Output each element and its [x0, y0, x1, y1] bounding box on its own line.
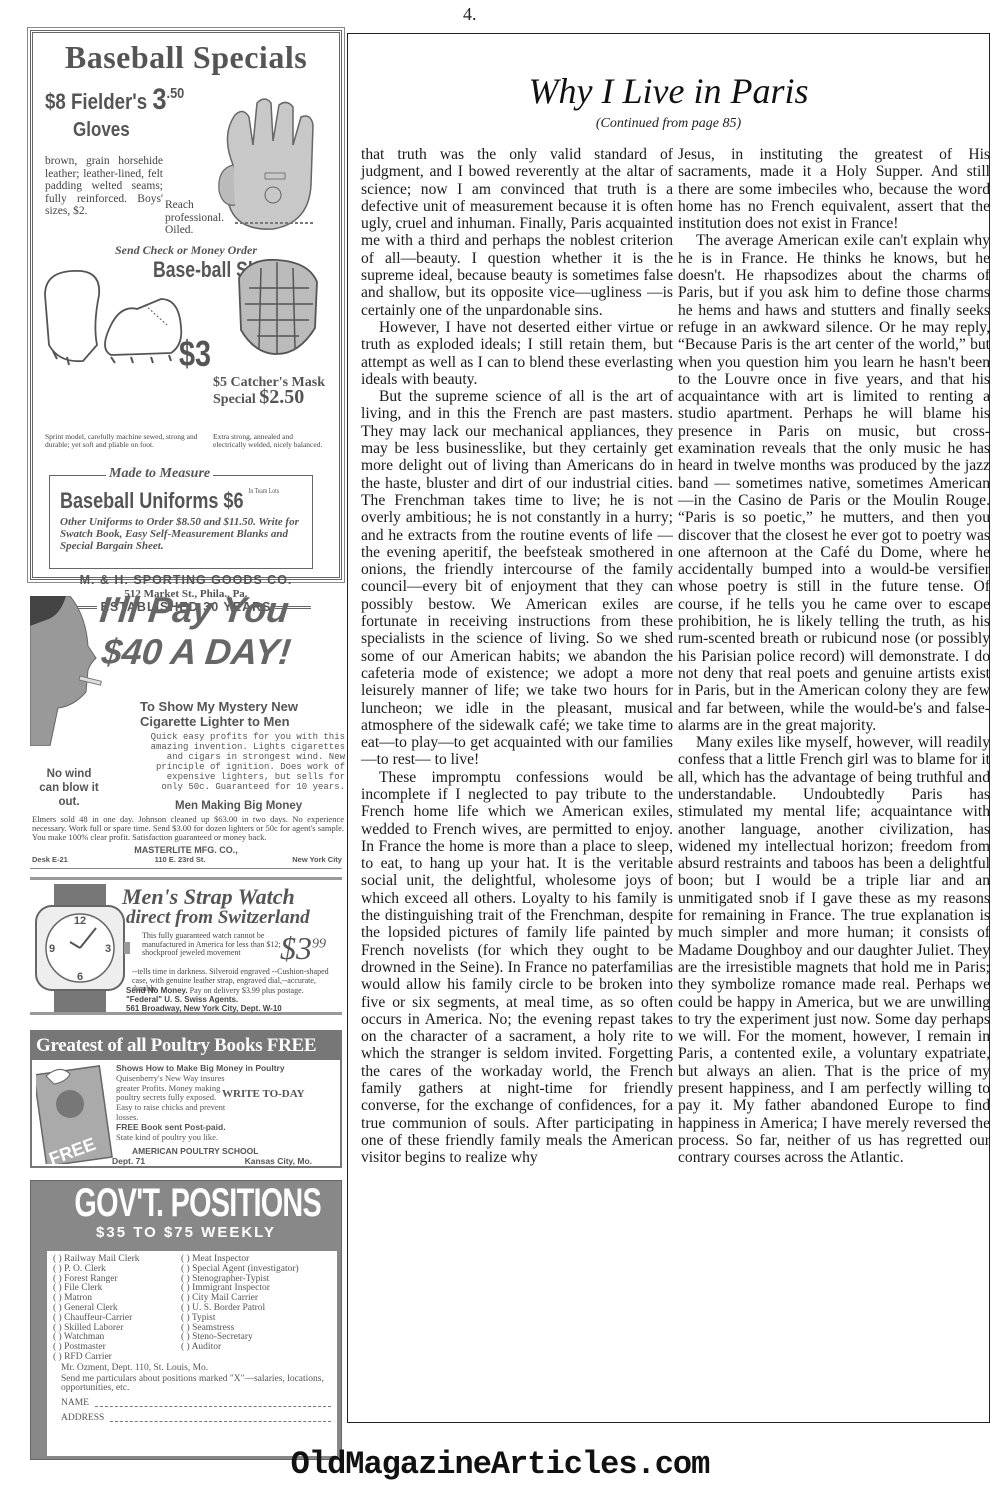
poultry-headline: Shows How to Make Big Money in Poultry — [116, 1063, 285, 1073]
watch-agents: "Federal" U. S. Swiss Agents. — [126, 995, 238, 1004]
no-wind-note: No wind can blow it out. — [36, 767, 102, 809]
position-checkbox[interactable]: ( ) RFD Carrier — [53, 1353, 181, 1363]
man-smoking-illustration — [30, 596, 102, 746]
fielder-price: 3 — [152, 83, 166, 116]
catchers-mask-illustration — [229, 258, 324, 358]
baseball-glove-illustration — [213, 95, 323, 235]
divider — [30, 868, 342, 869]
ad-title: Baseball Specials — [41, 39, 331, 76]
svg-text:3: 3 — [105, 943, 111, 955]
lighter-footer-text: Elmers sold 48 in one day. Johnson clean… — [32, 815, 344, 842]
paragraph: Many exiles like myself, however, will r… — [678, 734, 990, 1166]
other-uniforms-text: Other Uniforms to Order $8.50 and $11.50… — [60, 516, 305, 552]
watch-payment-terms: Pay on delivery $3.99 plus postage. — [190, 986, 304, 995]
continued-note: (Continued from page 85) — [348, 116, 989, 132]
catchers-mask-offer: $5 Catcher's Mask Special $2.50 — [213, 375, 333, 407]
gloves-label: Gloves — [73, 119, 130, 142]
shoes-price: $3 — [179, 333, 211, 375]
paragraph: The average American exile can't explain… — [678, 232, 990, 734]
write-today-label: WRITE TO-DAY — [222, 1088, 305, 1100]
poultry-books-ad: Greatest of all Poultry Books FREE FREE … — [30, 1030, 342, 1168]
govt-contact: Mr. Ozment, Dept. 110, St. Louis, Mo. — [53, 1364, 331, 1374]
lighter-city: New York City — [292, 855, 342, 864]
poultry-city: Kansas City, Mo. — [245, 1156, 312, 1166]
paragraph: But the supreme science of all is the ar… — [361, 388, 673, 769]
article-column-right: Jesus, in instituting the greatest of Hi… — [678, 146, 990, 1167]
lighter-address-row: Desk E-21 110 E. 23rd St. New York City — [32, 855, 342, 864]
positions-left-list: ( ) Railway Mail Clerk ( ) P. O. Clerk (… — [53, 1255, 181, 1363]
poultry-book-illustration: FREE — [36, 1064, 118, 1164]
lighter-headline-1: I'll Pay You — [98, 592, 290, 628]
glove-reach-note: Reach professional. Oiled. — [165, 199, 213, 237]
uniforms-title: Baseball Uniforms — [60, 488, 218, 513]
svg-text:6: 6 — [77, 971, 83, 983]
fielder-cents: .50 — [167, 85, 185, 102]
govt-salary: $35 TO $75 WEEKLY — [31, 1225, 341, 1241]
uniforms-box: Made to Measure Baseball Uniforms $6 In … — [49, 475, 313, 569]
paragraph: Jesus, in instituting the greatest of Hi… — [678, 146, 990, 232]
paragraph: that truth was the only valid standard o… — [361, 146, 673, 319]
address-field[interactable]: ADDRESS — [53, 1414, 331, 1424]
poultry-company: AMERICAN POULTRY SCHOOL — [132, 1146, 258, 1156]
watch-address: 561 Broadway, New York City, Dept. W-10 — [126, 1004, 282, 1013]
poultry-body: Shows How to Make Big Money in Poultry Q… — [116, 1064, 316, 1142]
govt-instructions: Send me particulars about positions mark… — [53, 1375, 331, 1395]
lighter-desk: Desk E-21 — [32, 855, 68, 864]
address-label: ADDRESS — [61, 1414, 104, 1424]
uniforms-note: In Team Lots — [249, 488, 279, 495]
company-name: M. & H. SPORTING GOODS CO. — [33, 573, 339, 587]
shoes-description: Sprint model, carefully machine sewed, s… — [45, 433, 210, 449]
watch-description: This fully guaranteed watch cannot be ma… — [142, 932, 282, 958]
position-checkbox[interactable]: ( ) Auditor — [181, 1343, 331, 1353]
men-making-money: Men Making Big Money — [175, 800, 302, 812]
wristwatch-illustration: 12 3 6 9 — [30, 884, 130, 1012]
lighter-headline-2: $40 A DAY! — [100, 632, 293, 672]
govt-title: GOV'T. POSITIONS — [74, 1181, 297, 1225]
poultry-description: Quisenberry's New Way insures greater Pr… — [116, 1074, 226, 1123]
article-title: Why I Live in Paris — [348, 70, 989, 112]
name-field[interactable]: NAME — [53, 1399, 331, 1409]
poultry-banner: Greatest of all Poultry Books FREE — [32, 1032, 340, 1060]
poultry-dept: Dept. 71 — [112, 1156, 145, 1166]
fielder-glove-price: $8 Fielder's 3.50 — [45, 83, 184, 117]
uniforms-offer: Baseball Uniforms $6 In Team Lots — [60, 488, 279, 514]
name-label: NAME — [61, 1399, 89, 1409]
poultry-address-row: Dept. 71 Kansas City, Mo. — [112, 1156, 312, 1166]
svg-text:12: 12 — [74, 915, 86, 927]
paragraph: However, I have not deserted either virt… — [361, 319, 673, 388]
svg-text:9: 9 — [49, 943, 55, 955]
uniforms-price: $6 — [223, 488, 243, 513]
watch-title: Men's Strap Watch — [122, 886, 295, 908]
send-check-note: Send Check or Money Order — [33, 243, 339, 258]
mask-price: $2.50 — [259, 386, 304, 408]
article-column-left: that truth was the only valid standard o… — [361, 146, 673, 1167]
name-input-line[interactable] — [95, 1399, 331, 1407]
lighter-company: MASTERLITE MFG. CO., — [30, 845, 342, 855]
watch-price-dollars: $3 — [280, 930, 312, 966]
paragraph: These impromptu confessions would be inc… — [361, 769, 673, 1167]
positions-right-list: ( ) Meat Inspector ( ) Special Agent (in… — [181, 1255, 331, 1363]
baseball-specials-ad: Baseball Specials $8 Fielder's 3.50 Glov… — [30, 30, 342, 580]
strap-watch-ad: 12 3 6 9 Men's Strap Watch direct from S… — [30, 877, 342, 1015]
page-number: 4. — [463, 4, 477, 25]
poultry-state-kind: State kind of poultry you like. — [116, 1132, 218, 1142]
government-positions-ad: GOV'T. POSITIONS $35 TO $75 WEEKLY ( ) R… — [30, 1180, 342, 1460]
send-no-money: Send No Money. — [126, 986, 188, 995]
site-watermark: OldMagazineArticles.com — [0, 1446, 1000, 1483]
mask-description: Extra strong, annealed and electrically … — [213, 433, 328, 449]
govt-coupon-form: ( ) Railway Mail Clerk ( ) P. O. Clerk (… — [47, 1251, 337, 1456]
watch-order-info: Send No Money. Pay on delivery $3.99 plu… — [126, 986, 340, 1013]
watch-subtitle: direct from Switzerland — [126, 908, 310, 928]
cigarette-lighter-ad: I'll Pay You $40 A DAY! To Show My Myste… — [30, 592, 342, 839]
glove-description: brown, grain horsehide leather; leather-… — [45, 155, 163, 218]
mask-special: Special — [213, 392, 256, 407]
made-to-measure-label: Made to Measure — [106, 466, 213, 482]
watch-price: $399 — [280, 930, 326, 967]
poultry-free-line: FREE Book sent Post-paid. — [116, 1122, 226, 1132]
lighter-street: 110 E. 23rd St. — [155, 855, 206, 864]
address-input-line[interactable] — [110, 1414, 331, 1422]
lighter-subhead: To Show My Mystery New Cigarette Lighter… — [140, 699, 345, 729]
article-box: Why I Live in Paris (Continued from page… — [347, 33, 990, 1423]
watch-price-cents: 99 — [312, 936, 326, 951]
fielder-label: $8 Fielder's — [45, 89, 147, 114]
lighter-body: Quick easy profits for you with this ama… — [140, 732, 345, 792]
